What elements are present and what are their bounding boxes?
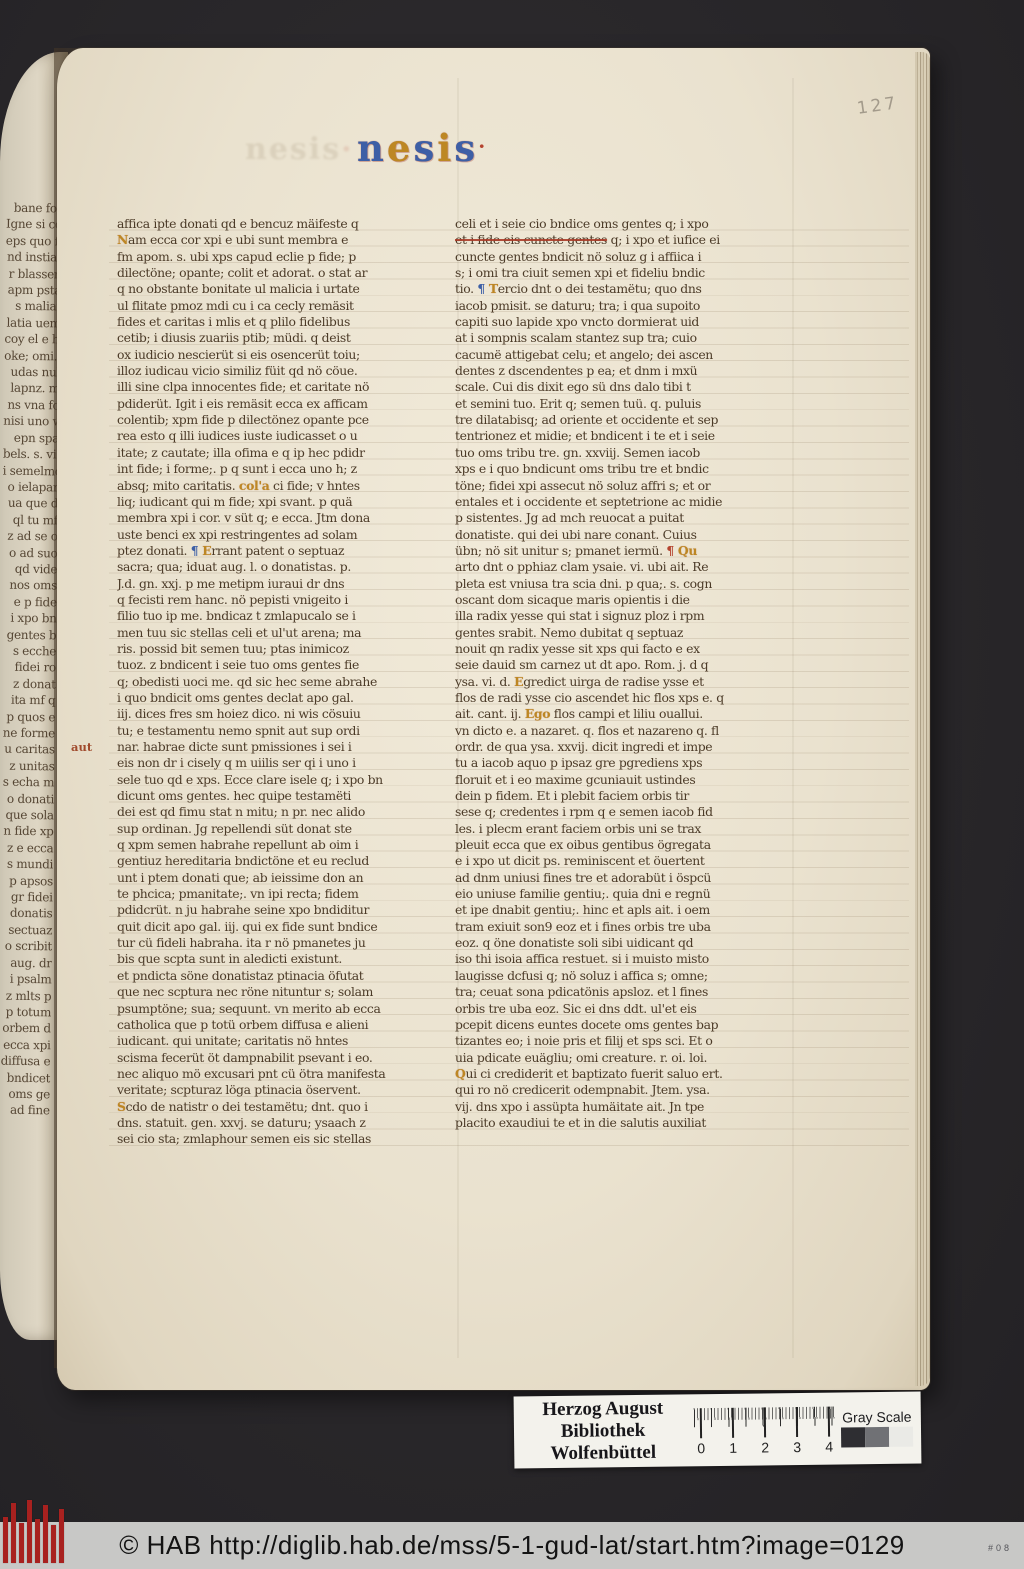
ruler-cm-tick <box>700 1408 702 1438</box>
text-line: que nec scptura nec röne nituntur s; sol… <box>117 984 445 1000</box>
script-text: illoz iudicau vicio similiz füit qd nö c… <box>117 363 357 378</box>
text-line: cetib; i diusis zuariis ptib; müdi. q de… <box>117 330 445 346</box>
text-line: tu a iacob aquo p ipsaz gre pgrediens xp… <box>455 755 783 771</box>
registration-bar <box>59 1509 64 1563</box>
facing-text-fragment: s echa m <box>0 774 54 791</box>
script-text: laugisse dcfusi q; nö soluz i affica s; … <box>455 968 708 983</box>
script-text: sei cio sta; zmlaphour semen eis sic ste… <box>117 1131 371 1146</box>
script-text: dilectöne; opante; colit et adorat. o st… <box>117 265 367 280</box>
text-line: qui ro nö credicerit odempnabit. Jtem. y… <box>455 1082 783 1098</box>
script-text: men tuu sic stellas celi et ul'ut arena;… <box>117 625 361 640</box>
manuscript-page: nesis· nesis· 127 affica ipte donati qd … <box>57 48 930 1390</box>
penwork-flourish: · <box>341 132 353 167</box>
text-line: liq; iudicant qui m fide; xpi svant. p q… <box>117 494 445 510</box>
manuscript-scan: bane forIgne si coseps quo fond instiatr… <box>0 0 1024 1569</box>
facing-text-fragment: o donati <box>0 790 54 807</box>
marginal-note: aut <box>71 740 92 754</box>
script-text: q; obedisti uoci me. qd sic hec seme abr… <box>117 674 377 689</box>
facing-text-fragment: oms ge <box>0 1086 50 1103</box>
script-text: colentib; xpm fide p dilectönez opante p… <box>117 412 369 427</box>
text-line: et pndicta söne donatistaz ptinacia öfut… <box>117 968 445 984</box>
script-text: arto dnt o pphiaz clam ysaie. vi. ubi ai… <box>455 559 708 574</box>
text-line: pleuit ecca que ex oibus gentibus ögrega… <box>455 837 783 853</box>
gilt-initial: E <box>514 674 523 689</box>
script-text: entales et i occidente et septetrione ac… <box>455 494 722 509</box>
script-text: absq; mito caritatis. <box>117 478 239 493</box>
script-text: liq; iudicant qui m fide; xpi svant. p q… <box>117 494 352 509</box>
text-line: bis que scpta sunt in aledicti existunt. <box>117 951 445 967</box>
facing-text-fragment: p totum <box>0 1003 51 1020</box>
script-text: veritate; scpturaz löga ptinacia öserven… <box>117 1082 361 1097</box>
text-line: cuncte gentes bndicit nö soluz g i affii… <box>455 249 783 265</box>
script-text: ul flitate pmoz mdi cu i ca cecly remäsi… <box>117 298 354 313</box>
text-line: ul flitate pmoz mdi cu i ca cecly remäsi… <box>117 298 445 314</box>
text-line: les. i plecm erant faciem orbis uni se t… <box>455 821 783 837</box>
text-line: membra xpi i cor. v süt q; e ecca. Jtm d… <box>117 510 445 526</box>
text-line: rea esto q illi iudices iuste iudicasset… <box>117 428 445 444</box>
script-text: q no obstante bonitate ul malicia i urta… <box>117 281 360 296</box>
text-line: tio. ¶ Tercio dnt o dei testamëtu; quo d… <box>455 281 783 297</box>
registration-bar <box>43 1505 48 1563</box>
text-line: scale. Cui dis dixit ego sü dns dalo tib… <box>455 379 783 395</box>
script-text: scale. Cui dis dixit ego sü dns dalo tib… <box>455 379 691 394</box>
script-text: tuoz. z bndicent i seie tuo oms gentes f… <box>117 657 359 672</box>
text-line: uste benci ex xpi restringentes ad solam <box>117 527 445 543</box>
registration-bar <box>27 1500 32 1563</box>
gilt-initial: Qu <box>678 543 697 558</box>
script-text: gredict uirga de radise ysse et <box>523 674 704 689</box>
script-text: sele tuo qd e xps. Ecce clare isele q; i… <box>117 772 383 787</box>
text-line: capiti suo lapide xpo vncto dormierat ui… <box>455 314 783 330</box>
gilt-initial: Q <box>455 1066 465 1081</box>
script-text: cacumë attigebat celu; et angelo; dei as… <box>455 347 713 362</box>
text-line: Scdo de natistr o dei testamëtu; dnt. qu… <box>117 1099 445 1115</box>
facing-text-fragment: s ecche <box>0 643 56 660</box>
script-text: ysa. vi. d. <box>455 674 514 689</box>
text-line: scisma fecerüt öt dampnabilit psevant i … <box>117 1050 445 1066</box>
script-text: que nec scptura nec röne nituntur s; sol… <box>117 984 373 999</box>
text-line: ptez donati. ¶ Errant patent o septuaz <box>117 543 445 559</box>
text-line: e i xpo ut dicit ps. reminiscent et öuer… <box>455 853 783 869</box>
script-text: affica ipte donati qd e bencuz mäifeste … <box>117 216 359 231</box>
text-line: itate; z cautate; illa ofima e q ip hec … <box>117 445 445 461</box>
script-text: sup ordinan. Jg repellendi süt donat ste <box>117 821 352 836</box>
text-line: dns. statuit. gen. xxvj. se daturu; ysaa… <box>117 1115 445 1131</box>
script-text: membra xpi i cor. v süt q; e ecca. Jtm d… <box>117 510 370 525</box>
text-line: tentrionez et midie; et bndicent i te et… <box>455 428 783 444</box>
script-text: filio tuo ip me. bndicaz t zmlapucalo se… <box>117 608 356 623</box>
text-line: tra; ceuat sona pdicatönis apsloz. et l … <box>455 984 783 1000</box>
script-text: te phcica; pmanitate;. vn ipi recta; fid… <box>117 886 359 901</box>
script-text: xps e i quo bndicunt oms tribu tre et bn… <box>455 461 709 476</box>
text-line: laugisse dcfusi q; nö soluz i affica s; … <box>455 968 783 984</box>
registration-bar <box>3 1517 8 1563</box>
text-line: int fide; i forme;. p q sunt i ecca uno … <box>117 461 445 477</box>
text-line: et i fide eis cuncte gentes q; i xpo et … <box>455 232 783 248</box>
text-line: q fecisti rem hanc. nö pepisti vnigeito … <box>117 592 445 608</box>
text-line: tuo oms tribu tre. gn. xxviij. Semen iac… <box>455 445 783 461</box>
running-title-letter: s <box>322 132 341 167</box>
script-text: cuncte gentes bndicit nö soluz g i affii… <box>455 249 701 264</box>
text-line: Qui ci crediderit et baptizato fuerit sa… <box>455 1066 783 1082</box>
text-line: q no obstante bonitate ul malicia i urta… <box>117 281 445 297</box>
ruler: 01234 <box>694 1403 832 1457</box>
script-text: ad dnm uniusi fines tre et adorabüt i ös… <box>455 870 711 885</box>
script-text: eis non dr i cisely q m uiilis ser qi i … <box>117 755 356 770</box>
caption-text: © HAB http://diglib.hab.de/mss/5-1-gud-l… <box>0 1522 1024 1569</box>
text-line: töne; fidei xpi assecut nö soluz affri s… <box>455 478 783 494</box>
registration-bars <box>3 1500 64 1563</box>
running-title-ink-offset: nesis· <box>245 132 354 167</box>
text-line: catholica que p totü orbem diffusa e ali… <box>117 1017 445 1033</box>
gilt-initial: S <box>117 1099 126 1114</box>
script-text: töne; fidei xpi assecut nö soluz affri s… <box>455 478 710 493</box>
script-text: nouit qn radix yesse sit xps qui facto e… <box>455 641 700 656</box>
facing-text-fragment: o scribit <box>0 938 52 955</box>
text-line: uia pdicate euägliu; omi creature. r. oi… <box>455 1050 783 1066</box>
script-text: cdo de natistr o dei testamëtu; dnt. quo… <box>126 1099 368 1114</box>
gilt-initial: Ego <box>525 706 550 721</box>
running-title-letter: n <box>245 132 269 167</box>
script-text: scisma fecerüt öt dampnabilit psevant i … <box>117 1050 372 1065</box>
facing-text-fragment: fidei ro <box>0 659 56 676</box>
facing-text-fragment: ql tu mf <box>2 511 58 528</box>
script-text: dicunt oms gentes. hec quipe testamëti <box>117 788 351 803</box>
script-text: tram exiuit son9 eoz et i fines orbis tr… <box>455 919 711 934</box>
script-text: dein p fidem. Et i plebit faciem orbis t… <box>455 788 689 803</box>
text-line: s; i omi tra ciuit semen xpi et fideliu … <box>455 265 783 281</box>
registration-bar <box>35 1519 40 1563</box>
script-text: s; i omi tra ciuit semen xpi et fideliu … <box>455 265 705 280</box>
gray-scale-label: Gray Scale <box>842 1409 911 1426</box>
script-text: cetib; i diusis zuariis ptib; müdi. q de… <box>117 330 351 345</box>
text-line: illa radix yesse qui stat i signuz ploz … <box>455 608 783 624</box>
script-text: iso thi isoia affica restuet. si i muist… <box>455 951 709 966</box>
script-text: at i sompnis scalam stantez sup tra; cui… <box>455 330 697 345</box>
script-text: tre dilatabisq; ad oriente et occidente … <box>455 412 718 427</box>
script-text: eio uniuse familie gentiu;. quia dni e r… <box>455 886 710 901</box>
text-line: placito exaudiui te et in die salutis au… <box>455 1115 783 1131</box>
text-line: dilectöne; opante; colit et adorat. o st… <box>117 265 445 281</box>
script-text: q fecisti rem hanc. nö pepisti vnigeito … <box>117 592 348 607</box>
facing-text-fragment: orbem d <box>0 1020 51 1037</box>
text-line: tuoz. z bndicent i seie tuo oms gentes f… <box>117 657 445 673</box>
script-text: placito exaudiui te et in die salutis au… <box>455 1115 706 1130</box>
registration-bar <box>51 1525 56 1563</box>
facing-text-fragment: sectuaz <box>0 921 52 938</box>
facing-text-fragment: z ad se o <box>2 528 58 545</box>
script-text: orbis tre uba eoz. Sic ei dns ddt. ul'et… <box>455 1001 697 1016</box>
text-line: iacob pmisit. se daturu; tra; i qua supo… <box>455 298 783 314</box>
script-text: dentes z dscendentes p ea; et dnm i mxü <box>455 363 697 378</box>
text-line: p sistentes. Jg ad mch reuocat a puitat <box>455 510 783 526</box>
library-name-line1: Herzog August Bibliothek <box>522 1397 685 1443</box>
script-text: ris. possid bit semen tuu; ptas inimicoz <box>117 641 349 656</box>
corner-mark: #08 <box>988 1543 1012 1553</box>
script-text: et i fide eis cuncte gentes <box>455 232 607 247</box>
script-text: pleuit ecca que ex oibus gentibus ögrega… <box>455 837 711 852</box>
script-text: ox iudicio nescierüt si eis osencerüt to… <box>117 347 360 362</box>
script-text: rea esto q illi iudices iuste iudicasset… <box>117 428 357 443</box>
running-title-letter: s <box>413 126 437 170</box>
text-line: vn dicto e. a nazaret. q. flos et nazare… <box>455 723 783 739</box>
text-line: q; obedisti uoci me. qd sic hec seme abr… <box>117 674 445 690</box>
library-label: Herzog August Bibliothek Wolfenbüttel 01… <box>514 1392 922 1469</box>
script-text: flos campi et liliu ouallui. <box>550 706 703 721</box>
text-line: eis non dr i cisely q m uiilis ser qi i … <box>117 755 445 771</box>
facing-text-fragment: bndicet <box>0 1069 50 1086</box>
gray-scale-patch <box>865 1427 889 1447</box>
script-text: pdiderüt. Igit i eis remäsit ecca ex aff… <box>117 396 368 411</box>
gray-scale: Gray Scale <box>841 1409 913 1448</box>
ruler-cm-tick <box>732 1408 734 1438</box>
text-line: absq; mito caritatis. col'a ci fide; v h… <box>117 478 445 494</box>
facing-text-fragment: z unitas <box>0 757 55 774</box>
text-line: colentib; xpm fide p dilectönez opante p… <box>117 412 445 428</box>
text-line: übn; nö sit unitur s; pmanet iermü. ¶ Qu <box>455 543 783 559</box>
ruler-number: 2 <box>761 1439 769 1455</box>
running-title-letter: e <box>387 126 414 170</box>
text-line: arto dnt o pphiaz clam ysaie. vi. ubi ai… <box>455 559 783 575</box>
text-line: gentes srabit. Nemo dubitat q septuaz <box>455 625 783 641</box>
running-title-letter: i <box>437 126 454 170</box>
script-text: et pndicta söne donatistaz ptinacia öfut… <box>117 968 363 983</box>
text-line: entales et i occidente et septetrione ac… <box>455 494 783 510</box>
facing-text-fragment: z e ecca <box>0 839 53 856</box>
text-line: donatiste. qui dei ubi nare conant. Cuiu… <box>455 527 783 543</box>
script-text: illa radix yesse qui stat i signuz ploz … <box>455 608 704 623</box>
text-line: illoz iudicau vicio similiz füit qd nö c… <box>117 363 445 379</box>
text-line: ox iudicio nescierüt si eis osencerüt to… <box>117 347 445 363</box>
text-line: ysa. vi. d. Egredict uirga de radise yss… <box>455 674 783 690</box>
ruler-cm-tick <box>764 1407 766 1437</box>
text-line: filio tuo ip me. bndicaz t zmlapucalo se… <box>117 608 445 624</box>
script-text: tuo oms tribu tre. gn. xxviij. Semen iac… <box>455 445 700 460</box>
text-line: pleta est vniusa tra scia dni. p qua;. s… <box>455 576 783 592</box>
text-line: pcepit dicens euntes docete oms gentes b… <box>455 1017 783 1033</box>
text-line: sele tuo qd e xps. Ecce clare isele q; i… <box>117 772 445 788</box>
text-line: iso thi isoia affica restuet. si i muist… <box>455 951 783 967</box>
script-text: celi et i seie cio bndice oms gentes q; … <box>455 216 708 231</box>
script-text: q; i xpo et iufice ei <box>607 232 720 247</box>
script-text: iudicant. qui unitate; caritatis nö hnte… <box>117 1033 348 1048</box>
facing-text-fragment: aug. dr <box>0 954 52 971</box>
facing-text-fragment: ecca xpi <box>0 1036 51 1053</box>
text-line: unt i ptem donati que; ab ieissime don a… <box>117 870 445 886</box>
script-text: quit dicit apo gal. iij. qui ex fide sun… <box>117 919 377 934</box>
text-line: iudicant. qui unitate; caritatis nö hnte… <box>117 1033 445 1049</box>
text-line: ait. cant. ij. Ego flos campi et liliu o… <box>455 706 783 722</box>
text-line: ris. possid bit semen tuu; ptas inimicoz <box>117 641 445 657</box>
facing-text-fragment: qd vide <box>1 561 57 578</box>
script-text: dns. statuit. gen. xxvj. se daturu; ysaa… <box>117 1115 366 1130</box>
script-text: oscant dom sicaque maris opientis i die <box>455 592 690 607</box>
text-line: sup ordinan. Jg repellendi süt donat ste <box>117 821 445 837</box>
text-line: orbis tre uba eoz. Sic ei dns ddt. ul'et… <box>455 1001 783 1017</box>
facing-text-fragment: s mundi <box>0 856 53 873</box>
text-line: quit dicit apo gal. iij. qui ex fide sun… <box>117 919 445 935</box>
script-text: les. i plecm erant faciem orbis uni se t… <box>455 821 701 836</box>
penwork-flourish: · <box>478 134 488 158</box>
script-text: p sistentes. Jg ad mch reuocat a puitat <box>455 510 684 525</box>
text-line: seie dauid sm carnez ut dt apo. Rom. j. … <box>455 657 783 673</box>
script-text: psumptöne; sua; sequunt. vn merito ab ec… <box>117 1001 381 1016</box>
script-text: itate; z cautate; illa ofima e q ip hec … <box>117 445 365 460</box>
text-line: eio uniuse familie gentiu;. quia dni e r… <box>455 886 783 902</box>
facing-text-fragment: ita mf q <box>0 692 56 709</box>
library-name-line2: Wolfenbüttel <box>522 1441 684 1465</box>
facing-text-fragment: gentes b <box>0 626 56 643</box>
script-text: pdidcrüt. n ju habrahe seine xpo bndidit… <box>117 902 369 917</box>
facing-text-fragment: z donat <box>0 675 56 692</box>
right-column: celi et i seie cio bndice oms gentes q; … <box>455 216 783 1131</box>
gray-scale-patch <box>841 1427 865 1447</box>
script-text: iij. dices fres sm hoiez dico. ni wis cö… <box>117 706 360 721</box>
text-line: J.d. gn. xxj. p me metipm iuraui dr dns <box>117 576 445 592</box>
facing-text-fragment: ua que d <box>2 495 58 512</box>
text-line: tur cü fideli habraha. ita r nö pmanetes… <box>117 935 445 951</box>
text-line: cacumë attigebat celu; et angelo; dei as… <box>455 347 783 363</box>
script-text: unt i ptem donati que; ab ieissime don a… <box>117 870 363 885</box>
facing-text-fragment: p apsos <box>0 872 53 889</box>
script-text: dei est qd fimu stat n mitu; n pr. nec a… <box>117 804 365 819</box>
gray-scale-patches <box>841 1427 913 1448</box>
script-text: tizantes eo; i noie pris et filij et sps… <box>455 1033 712 1048</box>
facing-text-fragment: s maliat <box>5 298 61 315</box>
script-text: iacob pmisit. se daturu; tra; i qua supo… <box>455 298 700 313</box>
facing-text-fragment: diffusa e <box>0 1053 50 1070</box>
text-line: nec aliquo mö excusari pnt cü ötra manif… <box>117 1066 445 1082</box>
script-text: uia pdicate euägliu; omi creature. r. oi… <box>455 1050 707 1065</box>
facing-text-fragment: o ad suo <box>1 544 57 561</box>
left-column: affica ipte donati qd e bencuz mäifeste … <box>117 216 445 1148</box>
text-line: pdiderüt. Igit i eis remäsit ecca ex aff… <box>117 396 445 412</box>
text-line: tram exiuit son9 eoz et i fines orbis tr… <box>455 919 783 935</box>
text-line: Nam ecca cor xpi e ubi sunt membra e <box>117 232 445 248</box>
facing-text-fragment: i xpo bn <box>0 610 56 627</box>
script-text: rrant patent o septuaz <box>211 543 344 558</box>
text-line: psumptöne; sua; sequunt. vn merito ab ec… <box>117 1001 445 1017</box>
text-line: floruit et i eo maxime gcuniauit ustinde… <box>455 772 783 788</box>
text-line: ordr. de qua ysa. xxvij. dicit ingredi e… <box>455 739 783 755</box>
library-name: Herzog August Bibliothek Wolfenbüttel <box>522 1397 685 1465</box>
facing-text-fragment: i psalm <box>0 971 52 988</box>
script-text: donatiste. qui dei ubi nare conant. Cuiu… <box>455 527 697 542</box>
facing-text-fragment: o ielapar <box>2 479 58 496</box>
script-text: ci fide; v hntes <box>269 478 359 493</box>
registration-bar <box>19 1523 24 1563</box>
text-line: xps e i quo bndicunt oms tribu tre et bn… <box>455 461 783 477</box>
ruler-cm-tick <box>796 1407 798 1437</box>
script-text: et ipe dnabit gentiu;. hinc et apls ait.… <box>455 902 710 917</box>
script-text: tu; e testamentu nemo spnit aut sup ordi <box>117 723 360 738</box>
script-text: fides et caritas i mlis et q plilo fidel… <box>117 314 350 329</box>
gilt-initial: E <box>202 543 211 558</box>
script-text: tra; ceuat sona pdicatönis apsloz. et l … <box>455 984 708 999</box>
gilt-initial: T <box>489 281 498 296</box>
script-text: qui ro nö credicerit odempnabit. Jtem. y… <box>455 1082 710 1097</box>
text-line: dei est qd fimu stat n mitu; n pr. nec a… <box>117 804 445 820</box>
text-line: vij. dns xpo i assüpta humäitate ait. Jn… <box>455 1099 783 1115</box>
script-text: J.d. gn. xxj. p me metipm iuraui dr dns <box>117 576 344 591</box>
script-text: gentiuz hereditaria bndictöne et eu recl… <box>117 853 369 868</box>
script-text: fm apom. s. ubi xps capud eclie p fide; … <box>117 249 356 264</box>
ruler-number: 1 <box>729 1440 737 1456</box>
script-text: tu a iacob aquo p ipsaz gre pgrediens xp… <box>455 755 702 770</box>
facing-text-fragment: nos oms <box>1 577 57 594</box>
facing-text-fragment: lapnz. m <box>4 380 60 397</box>
text-line: nouit qn radix yesse sit xps qui facto e… <box>455 641 783 657</box>
text-line: q xpm semen habrahe repellunt ab oim i <box>117 837 445 853</box>
paraph-mark: ¶ <box>666 543 678 558</box>
text-line: oscant dom sicaque maris opientis i die <box>455 592 783 608</box>
facing-text-fragment: i semelmo <box>3 462 59 479</box>
facing-text-fragment: latia uem <box>5 314 61 331</box>
script-text: q xpm semen habrahe repellunt ab oim i <box>117 837 358 852</box>
text-line: fides et caritas i mlis et q plilo fidel… <box>117 314 445 330</box>
text-line: at i sompnis scalam stantez sup tra; cui… <box>455 330 783 346</box>
paraph-mark: ¶ <box>477 281 489 296</box>
facing-text-fragment: p quos e <box>0 708 55 725</box>
text-line: flos de radi ysse cio ascendet hic flos … <box>455 690 783 706</box>
text-line: dicunt oms gentes. hec quipe testamëti <box>117 788 445 804</box>
text-line: sacra; qua; iduat aug. l. o donatistas. … <box>117 559 445 575</box>
facing-text-fragment: ns vna fo <box>3 397 59 414</box>
script-text: pleta est vniusa tra scia dni. p qua;. s… <box>455 576 712 591</box>
script-text: capiti suo lapide xpo vncto dormierat ui… <box>455 314 699 329</box>
gray-scale-patch <box>889 1427 913 1447</box>
text-line: tizantes eo; i noie pris et filij et sps… <box>455 1033 783 1049</box>
text-line: te phcica; pmanitate;. vn ipi recta; fid… <box>117 886 445 902</box>
text-line: pdidcrüt. n ju habrahe seine xpo bndidit… <box>117 902 445 918</box>
script-text: sacra; qua; iduat aug. l. o donatistas. … <box>117 559 351 574</box>
text-line: tu; e testamentu nemo spnit aut sup ordi <box>117 723 445 739</box>
facing-text-fragment: bels. s. vi se <box>3 446 59 463</box>
facing-text-fragment: z mlts p <box>0 987 51 1004</box>
text-line: sese q; credentes i rpm q e semen iacob … <box>455 804 783 820</box>
registration-bar <box>11 1503 16 1563</box>
facing-text-fragment: gr fidei <box>0 889 53 906</box>
text-line: eoz. q öne donatiste soli sibi uidicant … <box>455 935 783 951</box>
script-text: uste benci ex xpi restringentes ad solam <box>117 527 357 542</box>
fold-line <box>792 78 794 1358</box>
facing-text-fragment: u caritas <box>0 741 55 758</box>
text-line: illi sine clpa innocentes fide; et carit… <box>117 379 445 395</box>
script-text: tio. <box>455 281 477 296</box>
facing-text-fragment: n fide xp <box>0 823 54 840</box>
script-text: eoz. q öne donatiste soli sibi uidicant … <box>455 935 693 950</box>
script-text: nec aliquo mö excusari pnt cü ötra manif… <box>117 1066 385 1081</box>
text-line: men tuu sic stellas celi et ul'ut arena;… <box>117 625 445 641</box>
gilt-initial: N <box>117 232 128 247</box>
facing-text-fragment: nisi uno w <box>3 413 59 430</box>
script-text: vij. dns xpo i assüpta humäitate ait. Jn… <box>455 1099 704 1114</box>
text-line: nar. habrae dicte sunt pmissiones i sei … <box>117 739 445 755</box>
script-text: am ecca cor xpi e ubi sunt membra e <box>128 232 348 247</box>
script-text: ercio dnt o dei testamëtu; quo dns <box>498 281 702 296</box>
running-title-letter: s <box>290 132 309 167</box>
facing-text-fragment: e p fide <box>1 593 57 610</box>
script-text: übn; nö sit unitur s; pmanet iermü. <box>455 543 666 558</box>
facing-text-fragment: ne forme <box>0 725 55 742</box>
facing-text-fragment: udas nul <box>4 364 60 381</box>
text-line: veritate; scpturaz löga ptinacia öserven… <box>117 1082 445 1098</box>
script-text: e i xpo ut dicit ps. reminiscent et öuer… <box>455 853 705 868</box>
script-text: tur cü fideli habraha. ita r nö pmanetes… <box>117 935 365 950</box>
facing-text-fragment: epn spa <box>3 429 59 446</box>
text-line: gentiuz hereditaria bndictöne et eu recl… <box>117 853 445 869</box>
script-text: ait. cant. ij. <box>455 706 525 721</box>
